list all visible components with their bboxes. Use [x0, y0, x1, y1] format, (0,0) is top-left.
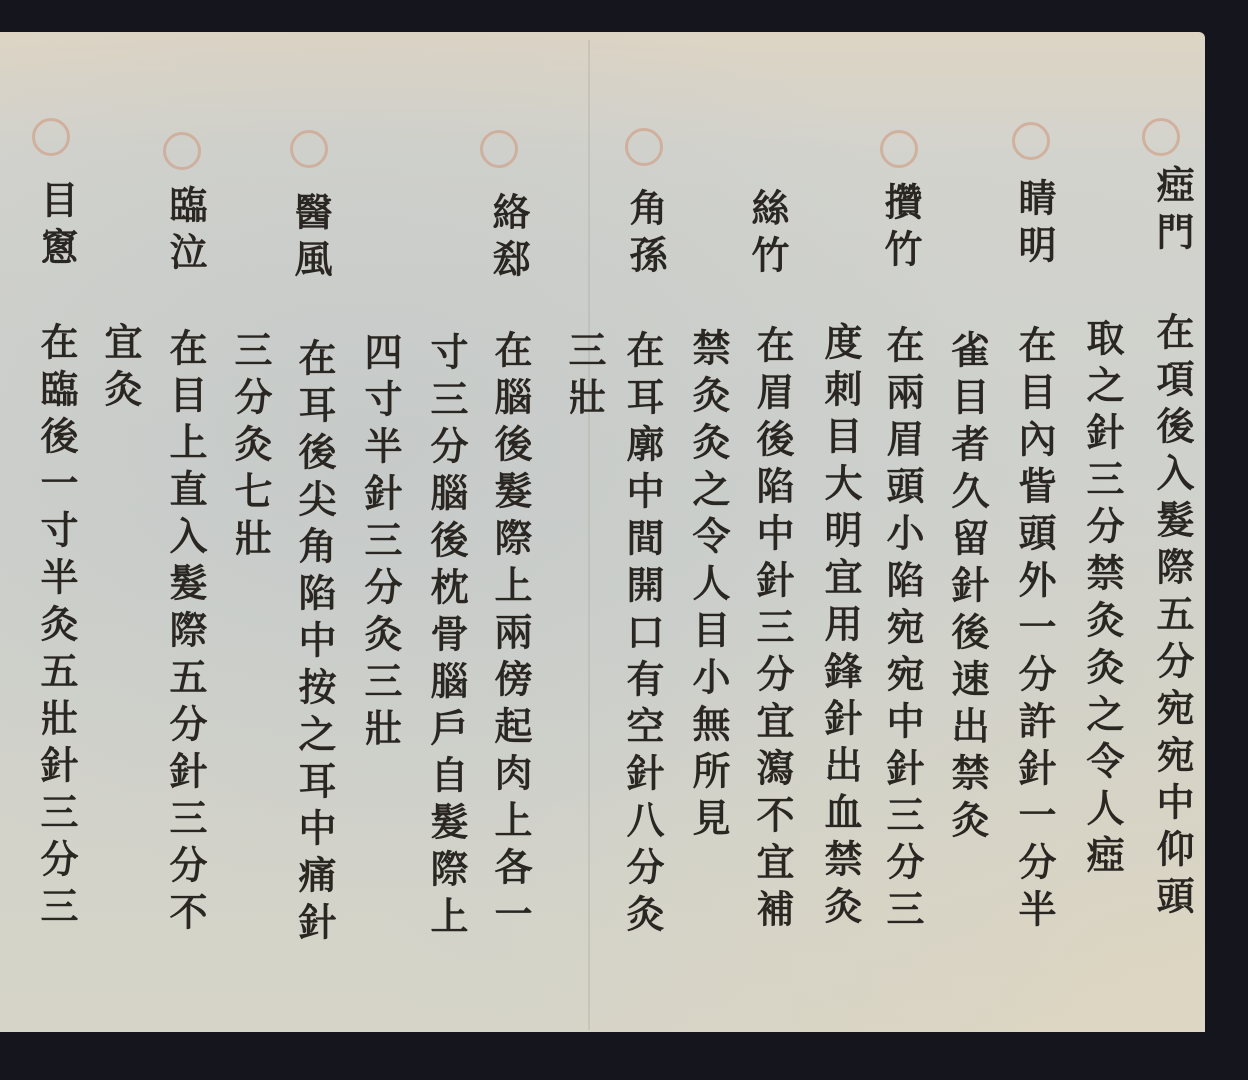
- text-column: 在兩眉頭小陷宛宛中針三分三: [880, 325, 924, 936]
- acupoint-heading: 目窻: [34, 180, 78, 274]
- text-column: 雀目者久留針後速出禁灸: [945, 330, 989, 847]
- seal-ring-mark: [625, 128, 663, 166]
- text-column: 在項後入髮際五分宛宛中仰頭: [1150, 312, 1194, 923]
- page-fold-line: [588, 40, 590, 1030]
- text-column: 在臨後一寸半灸五壯針三分三: [34, 322, 78, 933]
- text-column: 寸三分腦後枕骨腦戶自髮際上: [424, 332, 468, 943]
- acupoint-heading: 瘂門: [1150, 165, 1194, 259]
- text-column: 在目上直入髮際五分針三分不: [163, 328, 207, 939]
- text-column: 在腦後髮際上兩傍起肉上各一: [488, 330, 532, 941]
- text-column: 在耳廓中間開口有空針八分灸: [620, 330, 664, 941]
- text-column: 四寸半針三分灸三壯: [358, 332, 402, 755]
- seal-ring-mark: [290, 130, 328, 168]
- acupoint-heading: 絡郄: [486, 192, 530, 286]
- text-column: 宜灸: [98, 322, 142, 416]
- text-column: 度刺目大明宜用鋒針出血禁灸: [818, 322, 862, 933]
- acupoint-heading: 攢竹: [878, 182, 922, 276]
- text-column: 在眉後陷中針三分宜瀉不宜補: [750, 325, 794, 936]
- acupoint-heading: 臨泣: [163, 185, 207, 279]
- text-column: 在耳後尖角陷中按之耳中痛針: [292, 338, 336, 949]
- text-column: 取之針三分禁灸灸之令人瘂: [1080, 318, 1124, 882]
- text-column: 在目內眥頭外一分許針一分半: [1012, 325, 1056, 936]
- text-column: 三壯: [562, 330, 606, 424]
- seal-ring-mark: [480, 130, 518, 168]
- seal-ring-mark: [880, 130, 918, 168]
- seal-ring-mark: [1012, 122, 1050, 160]
- text-column: 禁灸灸之令人目小無所見: [686, 328, 730, 845]
- seal-ring-mark: [163, 132, 201, 170]
- seal-ring-mark: [1142, 118, 1180, 156]
- seal-ring-mark: [32, 118, 70, 156]
- acupoint-heading: 睛明: [1012, 178, 1056, 272]
- text-column: 三分灸七壯: [228, 330, 272, 565]
- acupoint-heading: 絲竹: [745, 188, 789, 282]
- acupoint-heading: 醫風: [288, 192, 332, 286]
- acupoint-heading: 角孫: [623, 188, 667, 282]
